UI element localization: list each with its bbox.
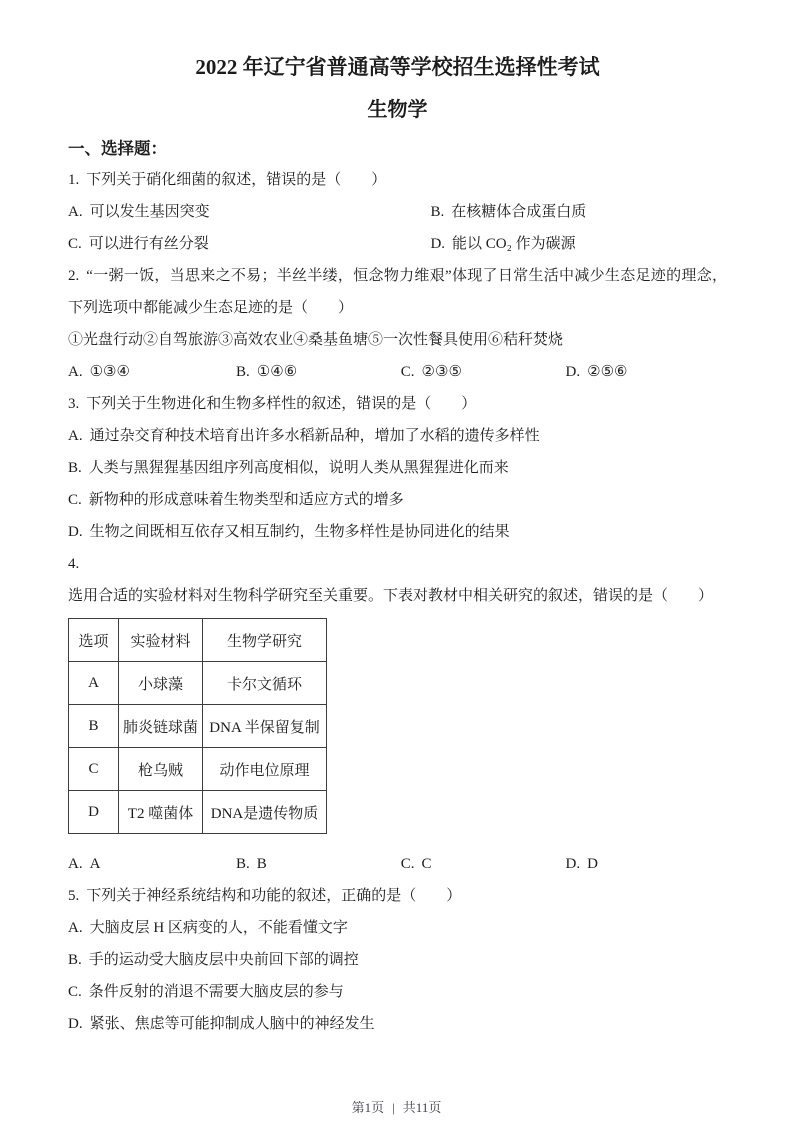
option-label: A. [68, 204, 83, 220]
option-d: D.紧张、焦虑等可能抑制成人脑中的神经发生 [68, 1008, 727, 1040]
option-a: A.可以发生基因突变 [68, 196, 430, 228]
table-cell: C [69, 748, 119, 791]
option-text: D [587, 856, 598, 872]
option-text: 人类与黑猩猩基因组序列高度相似，说明人类从黑猩猩进化而来 [89, 460, 509, 476]
option-b: B.人类与黑猩猩基因组序列高度相似，说明人类从黑猩猩进化而来 [68, 452, 727, 484]
question-3-stem: 3.下列关于生物进化和生物多样性的叙述，错误的是（ ） [68, 388, 727, 420]
option-d: D.能以 CO₂ 作为碳源 [430, 228, 727, 260]
option-label: B. [68, 952, 82, 968]
question-1-options: A.可以发生基因突变 B.在核糖体合成蛋白质 C.可以进行有丝分裂 D.能以 C… [68, 196, 727, 260]
option-text: 可以发生基因突变 [90, 204, 210, 220]
option-label: B. [236, 364, 250, 380]
option-label: C. [401, 364, 415, 380]
option-a: A.大脑皮层 H 区病变的人，不能看懂文字 [68, 912, 727, 944]
question-4: 4.选用合适的实验材料对生物科学研究至关重要。下表对教材中相关研究的叙述，错误的… [68, 548, 727, 880]
exam-title: 2022 年辽宁省普通高等学校招生选择性考试 [68, 52, 727, 82]
table-header-cell: 选项 [69, 619, 119, 662]
option-b: B.手的运动受大脑皮层中央前回下部的调控 [68, 944, 727, 976]
table-cell: B [69, 705, 119, 748]
exam-page: 2022 年辽宁省普通高等学校招生选择性考试 生物学 一、选择题： 1.下列关于… [0, 0, 793, 1122]
table-header-row: 选项 实验材料 生物学研究 [69, 619, 327, 662]
table-cell: T2 噬菌体 [119, 791, 203, 834]
circled-list: ①光盘行动②自驾旅游③高效农业④桑基鱼塘⑤一次性餐具使用⑥秸秆焚烧 [68, 324, 727, 356]
table-cell: D [69, 791, 119, 834]
question-1-stem: 1.下列关于硝化细菌的叙述，错误的是（ ） [68, 164, 727, 196]
option-label: D. [68, 524, 83, 540]
option-c: C.新物种的形成意味着生物类型和适应方式的增多 [68, 484, 727, 516]
option-d: D.D [566, 848, 727, 880]
question-text: 下列关于神经系统结构和功能的叙述，正确的是（ ） [86, 888, 461, 904]
question-2-stem: 2.“一粥一饭，当思来之不易；半丝半缕，恒念物力维艰”体现了日常生活中减少生态足… [68, 260, 727, 324]
option-d: D.生物之间既相互依存又相互制约，生物多样性是协同进化的结果 [68, 516, 727, 548]
table-cell: 小球藻 [119, 662, 203, 705]
table-cell: 肺炎链球菌 [119, 705, 203, 748]
option-text: 手的运动受大脑皮层中央前回下部的调控 [89, 952, 359, 968]
question-5: 5.下列关于神经系统结构和功能的叙述，正确的是（ ） A.大脑皮层 H 区病变的… [68, 880, 727, 1040]
question-4-options: A.A B.B C.C D.D [68, 848, 727, 880]
question-text: 下列关于生物进化和生物多样性的叙述，错误的是（ ） [86, 396, 476, 412]
option-label: B. [430, 204, 444, 220]
option-b: B.B [236, 848, 401, 880]
question-text: 选用合适的实验材料对生物科学研究至关重要。下表对教材中相关研究的叙述，错误的是（… [68, 588, 713, 604]
table-row: D T2 噬菌体 DNA是遗传物质 [69, 791, 327, 834]
option-text: 可以进行有丝分裂 [89, 236, 209, 252]
option-label: A. [68, 920, 83, 936]
option-d: D.②⑤⑥ [566, 356, 727, 388]
question-2: 2.“一粥一饭，当思来之不易；半丝半缕，恒念物力维艰”体现了日常生活中减少生态足… [68, 260, 727, 388]
table-cell: 动作电位原理 [203, 748, 327, 791]
option-label: A. [68, 364, 83, 380]
option-c: C.C [401, 848, 566, 880]
table-cell: DNA是遗传物质 [203, 791, 327, 834]
option-b: B.①④⑥ [236, 356, 401, 388]
footer-page-number: 第1页 [352, 1100, 385, 1115]
option-b: B.在核糖体合成蛋白质 [430, 196, 727, 228]
option-text: 条件反射的消退不需要大脑皮层的参与 [89, 984, 344, 1000]
option-label: C. [68, 236, 82, 252]
question-4-stem: 4.选用合适的实验材料对生物科学研究至关重要。下表对教材中相关研究的叙述，错误的… [68, 548, 727, 612]
question-number: 2. [68, 268, 79, 284]
option-label: B. [236, 856, 250, 872]
table-row: C 枪乌贼 动作电位原理 [69, 748, 327, 791]
table-row: B 肺炎链球菌 DNA 半保留复制 [69, 705, 327, 748]
option-label: C. [401, 856, 415, 872]
table-cell: 卡尔文循环 [203, 662, 327, 705]
option-text: A [90, 856, 101, 872]
option-a: A.通过杂交育种技术培育出许多水稻新品种，增加了水稻的遗传多样性 [68, 420, 727, 452]
option-label: B. [68, 460, 82, 476]
option-text: ②③⑤ [422, 364, 462, 380]
option-label: A. [68, 856, 83, 872]
option-label: C. [68, 492, 82, 508]
option-label: C. [68, 984, 82, 1000]
option-c: C.条件反射的消退不需要大脑皮层的参与 [68, 976, 727, 1008]
question-5-stem: 5.下列关于神经系统结构和功能的叙述，正确的是（ ） [68, 880, 727, 912]
table-cell: DNA 半保留复制 [203, 705, 327, 748]
option-text: 能以 CO₂ 作为碳源 [452, 236, 576, 252]
question-3: 3.下列关于生物进化和生物多样性的叙述，错误的是（ ） A.通过杂交育种技术培育… [68, 388, 727, 548]
option-c: C.可以进行有丝分裂 [68, 228, 430, 260]
footer-separator: | [392, 1100, 395, 1115]
option-text: 通过杂交育种技术培育出许多水稻新品种，增加了水稻的遗传多样性 [90, 428, 540, 444]
question-number: 5. [68, 888, 79, 904]
option-text: 大脑皮层 H 区病变的人，不能看懂文字 [90, 920, 348, 936]
option-label: D. [566, 856, 581, 872]
table-header-cell: 生物学研究 [203, 619, 327, 662]
page-footer: 第1页|共11页 [0, 1097, 793, 1116]
question-number: 3. [68, 396, 79, 412]
question-number: 4. [68, 556, 79, 572]
option-c: C.②③⑤ [401, 356, 566, 388]
option-text: 紧张、焦虑等可能抑制成人脑中的神经发生 [90, 1016, 375, 1032]
table-header-cell: 实验材料 [119, 619, 203, 662]
option-text: ②⑤⑥ [587, 364, 627, 380]
option-label: A. [68, 428, 83, 444]
option-label: D. [566, 364, 581, 380]
question-text: “一粥一饭，当思来之不易；半丝半缕，恒念物力维艰”体现了日常生活中减少生态足迹的… [68, 268, 727, 316]
question-1: 1.下列关于硝化细菌的叙述，错误的是（ ） A.可以发生基因突变 B.在核糖体合… [68, 164, 727, 260]
question-text: 下列关于硝化细菌的叙述，错误的是（ ） [86, 172, 386, 188]
option-text: B [257, 856, 267, 872]
option-label: D. [430, 236, 445, 252]
option-a: A.A [68, 848, 236, 880]
option-label: D. [68, 1016, 83, 1032]
option-a: A.①③④ [68, 356, 236, 388]
footer-total-pages: 共11页 [403, 1100, 442, 1115]
question-number: 1. [68, 172, 79, 188]
table-cell: 枪乌贼 [119, 748, 203, 791]
table-cell: A [69, 662, 119, 705]
option-text: ①④⑥ [257, 364, 297, 380]
question-2-options: A.①③④ B.①④⑥ C.②③⑤ D.②⑤⑥ [68, 356, 727, 388]
option-text: ①③④ [90, 364, 130, 380]
exam-subtitle: 生物学 [68, 96, 727, 124]
option-text: C [422, 856, 432, 872]
option-text: 在核糖体合成蛋白质 [451, 204, 586, 220]
materials-table: 选项 实验材料 生物学研究 A 小球藻 卡尔文循环 B 肺炎链球菌 DNA 半保… [68, 618, 327, 834]
option-text: 生物之间既相互依存又相互制约，生物多样性是协同进化的结果 [90, 524, 510, 540]
table-row: A 小球藻 卡尔文循环 [69, 662, 327, 705]
option-text: 新物种的形成意味着生物类型和适应方式的增多 [89, 492, 404, 508]
section-heading: 一、选择题： [68, 134, 727, 164]
